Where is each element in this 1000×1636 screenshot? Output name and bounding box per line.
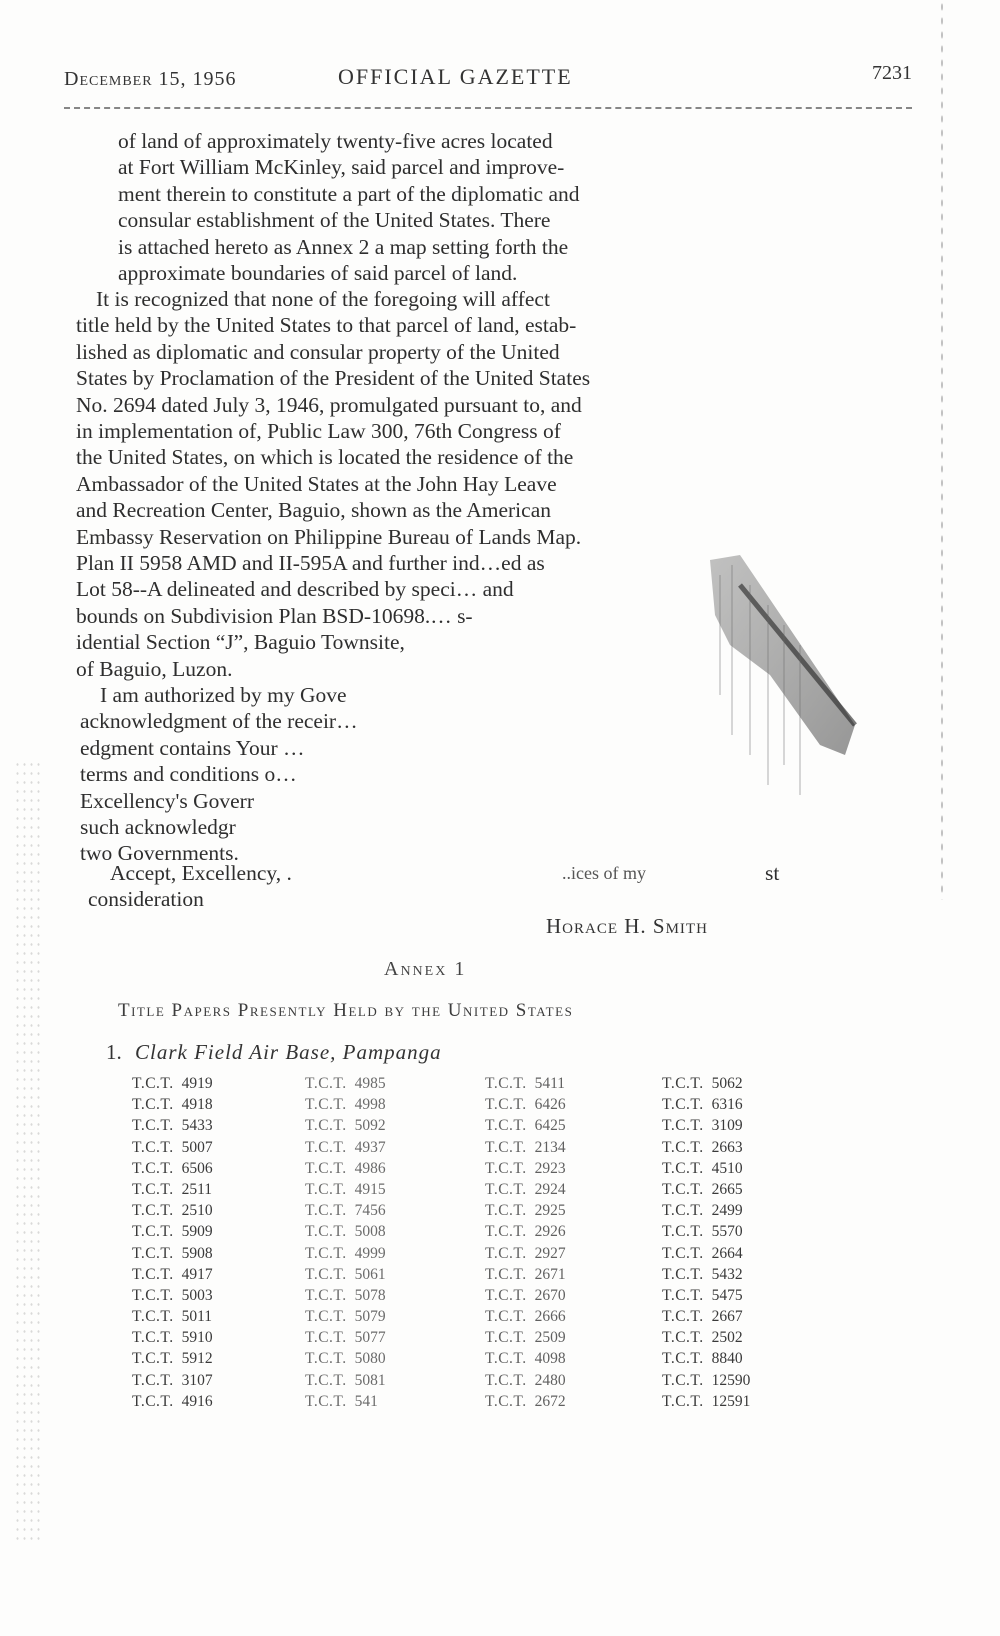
tct-entry: T.C.T.5078 — [305, 1285, 465, 1306]
tct-number: 4986 — [355, 1160, 386, 1177]
section-number: 1. — [106, 1040, 122, 1064]
tct-number: 2670 — [535, 1287, 566, 1304]
tct-prefix: T.C.T. — [662, 1308, 704, 1325]
tct-number: 3109 — [712, 1117, 743, 1134]
tct-number: 2671 — [535, 1266, 566, 1283]
tct-entry: T.C.T.2671 — [485, 1264, 645, 1285]
tct-number: 6426 — [535, 1096, 566, 1113]
tct-number: 2923 — [535, 1160, 566, 1177]
tct-prefix: T.C.T. — [132, 1139, 174, 1156]
tct-number: 6316 — [712, 1096, 743, 1113]
publication-title: OFFICIAL GAZETTE — [338, 64, 573, 90]
tct-prefix: T.C.T. — [662, 1393, 704, 1410]
tct-entry: T.C.T.4986 — [305, 1158, 465, 1179]
tct-entry: T.C.T.5909 — [132, 1221, 292, 1242]
tct-prefix: T.C.T. — [132, 1329, 174, 1346]
tct-prefix: T.C.T. — [132, 1181, 174, 1198]
text-line: Ambassador of the United States at the J… — [76, 471, 772, 497]
text-line: at Fort William McKinley, said parcel an… — [118, 154, 766, 180]
text-line: consideration — [88, 886, 768, 912]
tct-entry: T.C.T.5079 — [305, 1306, 465, 1327]
tct-prefix: T.C.T. — [485, 1329, 527, 1346]
tct-entry: T.C.T.5092 — [305, 1115, 465, 1136]
tct-number: 4098 — [535, 1350, 566, 1367]
tct-prefix: T.C.T. — [132, 1075, 174, 1092]
tct-prefix: T.C.T. — [485, 1287, 527, 1304]
tct-number: 8840 — [712, 1350, 743, 1367]
tct-number: 2666 — [535, 1308, 566, 1325]
tct-prefix: T.C.T. — [485, 1372, 527, 1389]
tct-number: 5912 — [182, 1350, 213, 1367]
text-line: such acknowledgr — [80, 814, 480, 840]
tct-prefix: T.C.T. — [485, 1160, 527, 1177]
tct-prefix: T.C.T. — [305, 1139, 347, 1156]
tct-entry: T.C.T.4998 — [305, 1094, 465, 1115]
signature: Horace H. Smith — [546, 914, 708, 939]
tct-number: 4916 — [182, 1393, 213, 1410]
tct-number: 4915 — [355, 1181, 386, 1198]
text-line: States by Proclamation of the President … — [76, 365, 772, 391]
text-line: No. 2694 dated July 3, 1946, promulgated… — [76, 392, 772, 418]
tct-prefix: T.C.T. — [305, 1245, 347, 1262]
paragraph-land-description: of land of approximately twenty-five acr… — [118, 128, 766, 286]
tct-prefix: T.C.T. — [485, 1117, 527, 1134]
tct-entry: T.C.T.5910 — [132, 1327, 292, 1348]
tct-entry: T.C.T.2510 — [132, 1200, 292, 1221]
tct-prefix: T.C.T. — [305, 1223, 347, 1240]
tct-prefix: T.C.T. — [132, 1266, 174, 1283]
tct-entry: T.C.T.5077 — [305, 1327, 465, 1348]
tct-prefix: T.C.T. — [132, 1096, 174, 1113]
tct-prefix: T.C.T. — [485, 1308, 527, 1325]
text-line: idential Section “J”, Baguio Townsite, — [76, 629, 772, 655]
tct-entry: T.C.T.5475 — [662, 1285, 822, 1306]
tct-number: 5908 — [182, 1245, 213, 1262]
tct-prefix: T.C.T. — [485, 1075, 527, 1092]
tct-entry: T.C.T.2663 — [662, 1137, 822, 1158]
tct-prefix: T.C.T. — [662, 1202, 704, 1219]
tct-number: 2480 — [535, 1372, 566, 1389]
tct-entry: T.C.T.4985 — [305, 1073, 465, 1094]
tct-number: 5909 — [182, 1223, 213, 1240]
tct-entry: T.C.T.4919 — [132, 1073, 292, 1094]
tct-prefix: T.C.T. — [132, 1202, 174, 1219]
tct-prefix: T.C.T. — [132, 1393, 174, 1410]
tct-prefix: T.C.T. — [485, 1202, 527, 1219]
text-line: ment therein to constitute a part of the… — [118, 181, 766, 207]
header-rule — [64, 107, 912, 109]
tct-number: 5078 — [355, 1287, 386, 1304]
tct-number: 5008 — [355, 1223, 386, 1240]
tct-entry: T.C.T.6506 — [132, 1158, 292, 1179]
tct-entry: T.C.T.2502 — [662, 1327, 822, 1348]
page-header: December 15, 1956 OFFICIAL GAZETTE 7231 — [64, 62, 912, 96]
tct-prefix: T.C.T. — [662, 1329, 704, 1346]
text-line: lished as diplomatic and consular proper… — [76, 339, 772, 365]
tct-entry: T.C.T.2666 — [485, 1306, 645, 1327]
section-heading: 1. Clark Field Air Base, Pampanga — [106, 1040, 442, 1065]
tct-prefix: T.C.T. — [662, 1287, 704, 1304]
tct-number: 5062 — [712, 1075, 743, 1092]
tct-number: 541 — [355, 1393, 378, 1410]
tct-number: 2667 — [712, 1308, 743, 1325]
tct-entry: T.C.T.4937 — [305, 1137, 465, 1158]
tct-number: 2502 — [712, 1329, 743, 1346]
tct-entry: T.C.T.4918 — [132, 1094, 292, 1115]
tct-number: 5910 — [182, 1329, 213, 1346]
text-line: Lot 58--A delineated and described by sp… — [76, 576, 772, 602]
tct-prefix: T.C.T. — [305, 1393, 347, 1410]
tct-prefix: T.C.T. — [662, 1350, 704, 1367]
tct-entry: T.C.T.3109 — [662, 1115, 822, 1136]
tct-prefix: T.C.T. — [132, 1308, 174, 1325]
tct-entry: T.C.T.5081 — [305, 1370, 465, 1391]
tct-entry: T.C.T.2509 — [485, 1327, 645, 1348]
tct-number: 5061 — [355, 1266, 386, 1283]
tct-number: 7456 — [355, 1202, 386, 1219]
tct-number: 5081 — [355, 1372, 386, 1389]
tct-column: T.C.T.5062T.C.T.6316T.C.T.3109T.C.T.2663… — [662, 1073, 822, 1412]
tct-number: 2509 — [535, 1329, 566, 1346]
text-line: in implementation of, Public Law 300, 76… — [76, 418, 772, 444]
text-line: It is recognized that none of the forego… — [76, 286, 772, 312]
tct-prefix: T.C.T. — [305, 1372, 347, 1389]
tct-entry: T.C.T.2672 — [485, 1391, 645, 1412]
tct-entry: T.C.T.5008 — [305, 1221, 465, 1242]
tct-prefix: T.C.T. — [132, 1287, 174, 1304]
gazette-page: December 15, 1956 OFFICIAL GAZETTE 7231 … — [0, 0, 1000, 1636]
scan-noise-left — [14, 760, 44, 1540]
tct-entry: T.C.T.2134 — [485, 1137, 645, 1158]
paragraph-closing: Accept, Excellency, . ..ices of my st co… — [88, 860, 768, 913]
tct-entry: T.C.T.2924 — [485, 1179, 645, 1200]
text-line: the United States, on which is located t… — [76, 444, 772, 470]
tct-entry: T.C.T.5433 — [132, 1115, 292, 1136]
tct-number: 4917 — [182, 1266, 213, 1283]
tct-prefix: T.C.T. — [485, 1181, 527, 1198]
tct-entry: T.C.T.2670 — [485, 1285, 645, 1306]
tct-number: 2511 — [182, 1181, 212, 1198]
tct-number: 4999 — [355, 1245, 386, 1262]
tct-column: T.C.T.4985T.C.T.4998T.C.T.5092T.C.T.4937… — [305, 1073, 465, 1412]
text-fragment: st — [765, 860, 779, 886]
tct-prefix: T.C.T. — [485, 1350, 527, 1367]
tct-entry: T.C.T.8840 — [662, 1348, 822, 1369]
text-line: edgment contains Your … — [80, 735, 480, 761]
tct-number: 2927 — [535, 1245, 566, 1262]
text-line: Accept, Excellency, . — [88, 860, 768, 886]
tct-number: 2924 — [535, 1181, 566, 1198]
text-line: title held by the United States to that … — [76, 312, 772, 338]
tct-prefix: T.C.T. — [132, 1223, 174, 1240]
text-line: of land of approximately twenty-five acr… — [118, 128, 766, 154]
tct-prefix: T.C.T. — [305, 1308, 347, 1325]
tct-number: 3107 — [182, 1372, 213, 1389]
tct-entry: T.C.T.5007 — [132, 1137, 292, 1158]
tct-prefix: T.C.T. — [305, 1096, 347, 1113]
tct-prefix: T.C.T. — [662, 1245, 704, 1262]
tct-number: 2672 — [535, 1393, 566, 1410]
tct-column: T.C.T.5411T.C.T.6426T.C.T.6425T.C.T.2134… — [485, 1073, 645, 1412]
tct-entry: T.C.T.4916 — [132, 1391, 292, 1412]
tct-number: 5092 — [355, 1117, 386, 1134]
tct-entry: T.C.T.541 — [305, 1391, 465, 1412]
tct-number: 4919 — [182, 1075, 213, 1092]
text-line: Embassy Reservation on Philippine Bureau… — [76, 524, 772, 550]
tct-entry: T.C.T.4999 — [305, 1243, 465, 1264]
tct-prefix: T.C.T. — [132, 1245, 174, 1262]
tct-entry: T.C.T.2927 — [485, 1243, 645, 1264]
tct-prefix: T.C.T. — [662, 1139, 704, 1156]
text-line: bounds on Subdivision Plan BSD-10698.… s… — [76, 603, 772, 629]
tct-number: 6506 — [182, 1160, 213, 1177]
tct-entry: T.C.T.2480 — [485, 1370, 645, 1391]
tct-entry: T.C.T.2499 — [662, 1200, 822, 1221]
tct-prefix: T.C.T. — [305, 1329, 347, 1346]
tct-prefix: T.C.T. — [662, 1181, 704, 1198]
tct-prefix: T.C.T. — [132, 1117, 174, 1134]
tct-number: 2926 — [535, 1223, 566, 1240]
tct-number: 2510 — [182, 1202, 213, 1219]
scan-noise-right — [940, 0, 944, 900]
tct-prefix: T.C.T. — [662, 1117, 704, 1134]
tct-number: 5079 — [355, 1308, 386, 1325]
paragraph-authorization: I am authorized by my Gove acknowledgmen… — [80, 682, 480, 867]
tct-number: 5475 — [712, 1287, 743, 1304]
page-number: 7231 — [872, 62, 912, 85]
tct-entry: T.C.T.2923 — [485, 1158, 645, 1179]
tct-entry: T.C.T.5003 — [132, 1285, 292, 1306]
annex-title: Title Papers Presently Held by the Unite… — [118, 1000, 573, 1022]
tct-number: 2134 — [535, 1139, 566, 1156]
tct-prefix: T.C.T. — [662, 1160, 704, 1177]
tct-number: 2665 — [712, 1181, 743, 1198]
text-line: consular establishment of the United Sta… — [118, 207, 766, 233]
tct-entry: T.C.T.6425 — [485, 1115, 645, 1136]
tct-entry: T.C.T.5432 — [662, 1264, 822, 1285]
paragraph-title-recognition: It is recognized that none of the forego… — [76, 286, 772, 682]
tct-entry: T.C.T.2667 — [662, 1306, 822, 1327]
tct-prefix: T.C.T. — [132, 1160, 174, 1177]
tct-entry: T.C.T.5011 — [132, 1306, 292, 1327]
tct-entry: T.C.T.4917 — [132, 1264, 292, 1285]
tct-entry: T.C.T.4915 — [305, 1179, 465, 1200]
tct-entry: T.C.T.7456 — [305, 1200, 465, 1221]
tct-prefix: T.C.T. — [485, 1393, 527, 1410]
tct-number: 4985 — [355, 1075, 386, 1092]
tct-entry: T.C.T.4510 — [662, 1158, 822, 1179]
tct-number: 2925 — [535, 1202, 566, 1219]
text-line: terms and conditions o… — [80, 761, 480, 787]
tct-prefix: T.C.T. — [305, 1075, 347, 1092]
tct-number: 5570 — [712, 1223, 743, 1240]
tct-number: 5003 — [182, 1287, 213, 1304]
tct-prefix: T.C.T. — [305, 1181, 347, 1198]
tct-prefix: T.C.T. — [485, 1223, 527, 1240]
tct-entry: T.C.T.12591 — [662, 1391, 822, 1412]
tct-number: 4937 — [355, 1139, 386, 1156]
tct-number: 5432 — [712, 1266, 743, 1283]
text-line: approximate boundaries of said parcel of… — [118, 260, 766, 286]
tct-entry: T.C.T.5908 — [132, 1243, 292, 1264]
tct-entry: T.C.T.5411 — [485, 1073, 645, 1094]
tct-number: 5077 — [355, 1329, 386, 1346]
tct-number: 4510 — [712, 1160, 743, 1177]
tct-prefix: T.C.T. — [662, 1266, 704, 1283]
header-date: December 15, 1956 — [64, 68, 237, 91]
tct-number: 5433 — [182, 1117, 213, 1134]
tct-number: 4918 — [182, 1096, 213, 1113]
section-name: Clark Field Air Base, Pampanga — [135, 1040, 442, 1064]
tct-entry: T.C.T.2925 — [485, 1200, 645, 1221]
tct-entry: T.C.T.5570 — [662, 1221, 822, 1242]
tct-entry: T.C.T.3107 — [132, 1370, 292, 1391]
tct-number: 12590 — [712, 1372, 751, 1389]
tct-number: 6425 — [535, 1117, 566, 1134]
tct-entry: T.C.T.2665 — [662, 1179, 822, 1200]
tct-prefix: T.C.T. — [305, 1160, 347, 1177]
tct-prefix: T.C.T. — [662, 1372, 704, 1389]
tct-entry: T.C.T.5912 — [132, 1348, 292, 1369]
tct-prefix: T.C.T. — [485, 1139, 527, 1156]
tct-prefix: T.C.T. — [485, 1245, 527, 1262]
tct-entry: T.C.T.5061 — [305, 1264, 465, 1285]
tct-entry: T.C.T.5080 — [305, 1348, 465, 1369]
tct-entry: T.C.T.2511 — [132, 1179, 292, 1200]
tct-prefix: T.C.T. — [305, 1350, 347, 1367]
tct-prefix: T.C.T. — [305, 1202, 347, 1219]
tct-column: T.C.T.4919T.C.T.4918T.C.T.5433T.C.T.5007… — [132, 1073, 292, 1412]
tct-prefix: T.C.T. — [132, 1350, 174, 1367]
tct-number: 5080 — [355, 1350, 386, 1367]
tct-number: 2663 — [712, 1139, 743, 1156]
tct-entry: T.C.T.2664 — [662, 1243, 822, 1264]
text-line: is attached hereto as Annex 2 a map sett… — [118, 234, 766, 260]
tct-number: 2499 — [712, 1202, 743, 1219]
tct-number: 5011 — [182, 1308, 212, 1325]
tct-prefix: T.C.T. — [662, 1075, 704, 1092]
text-line: acknowledgment of the receir… — [80, 708, 480, 734]
tct-prefix: T.C.T. — [132, 1372, 174, 1389]
tct-prefix: T.C.T. — [305, 1287, 347, 1304]
tct-number: 4998 — [355, 1096, 386, 1113]
tct-number: 5411 — [535, 1075, 565, 1092]
tct-entry: T.C.T.12590 — [662, 1370, 822, 1391]
text-line: I am authorized by my Gove — [80, 682, 480, 708]
tct-prefix: T.C.T. — [305, 1117, 347, 1134]
tct-prefix: T.C.T. — [485, 1266, 527, 1283]
tct-prefix: T.C.T. — [305, 1266, 347, 1283]
annex-label: Annex 1 — [384, 958, 466, 981]
tct-prefix: T.C.T. — [485, 1096, 527, 1113]
text-fragment: ..ices of my — [562, 860, 646, 886]
tct-entry: T.C.T.2926 — [485, 1221, 645, 1242]
text-line: of Baguio, Luzon. — [76, 656, 772, 682]
text-line: Excellency's Goverr — [80, 788, 480, 814]
tct-prefix: T.C.T. — [662, 1223, 704, 1240]
tct-prefix: T.C.T. — [662, 1096, 704, 1113]
text-line: and Recreation Center, Baguio, shown as … — [76, 497, 772, 523]
tct-entry: T.C.T.4098 — [485, 1348, 645, 1369]
tct-entry: T.C.T.6426 — [485, 1094, 645, 1115]
tct-number: 12591 — [712, 1393, 751, 1410]
tct-entry: T.C.T.5062 — [662, 1073, 822, 1094]
tct-number: 2664 — [712, 1245, 743, 1262]
text-line: Plan II 5958 AMD and II-595A and further… — [76, 550, 772, 576]
tct-entry: T.C.T.6316 — [662, 1094, 822, 1115]
tct-number: 5007 — [182, 1139, 213, 1156]
